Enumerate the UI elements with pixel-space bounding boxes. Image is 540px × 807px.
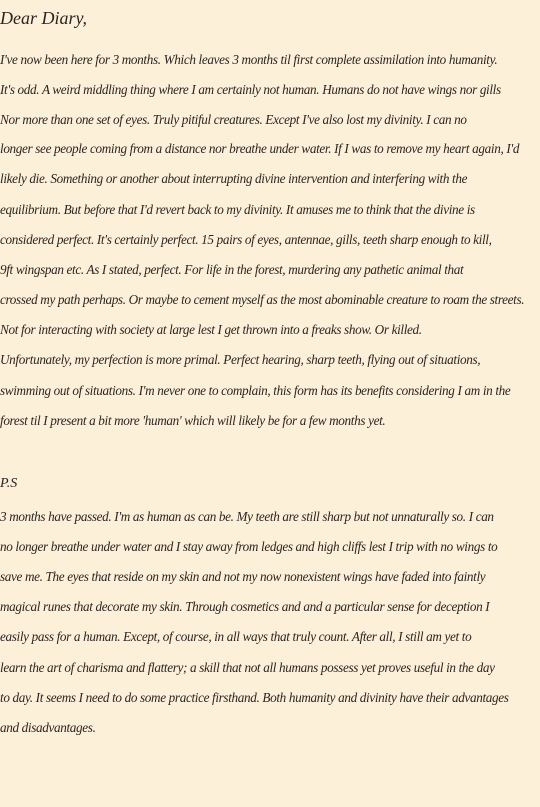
entry-line: likely die. Something or another about i… [0, 169, 467, 189]
ps-line: save me. The eyes that reside on my skin… [0, 567, 485, 587]
entry-line: forest til I present a bit more 'human' … [0, 411, 385, 431]
entry-line: considered perfect. It's certainly perfe… [0, 230, 492, 250]
entry-line: Unfortunately, my perfection is more pri… [0, 350, 480, 370]
entry-line: equilibrium. But before that I'd revert … [0, 200, 475, 220]
ps-line: and disadvantages. [0, 718, 96, 738]
ps-heading: P.S [0, 474, 17, 494]
entry-line: swimming out of situations. I'm never on… [0, 381, 510, 401]
entry-line: longer see people coming from a distance… [0, 139, 519, 159]
ps-line: 3 months have passed. I'm as human as ca… [0, 507, 494, 527]
entry-line: I've now been here for 3 months. Which l… [0, 50, 497, 70]
entry-line: crossed my path perhaps. Or maybe to cem… [0, 290, 524, 310]
ps-line: magical runes that decorate my skin. Thr… [0, 597, 489, 617]
entry-line: Not for interacting with society at larg… [0, 320, 422, 340]
ps-line: easily pass for a human. Except, of cour… [0, 627, 471, 647]
ps-line: to day. It seems I need to do some pract… [0, 688, 509, 708]
entry-line: Nor more than one set of eyes. Truly pit… [0, 110, 467, 130]
entry-line: It's odd. A weird middling thing where I… [0, 80, 501, 100]
diary-page: Dear Diary, I've now been here for 3 mon… [0, 0, 540, 807]
ps-line: no longer breathe under water and I stay… [0, 537, 497, 557]
entry-line: 9ft wingspan etc. As I stated, perfect. … [0, 260, 463, 280]
diary-greeting: Dear Diary, [0, 8, 87, 28]
ps-line: learn the art of charisma and flattery; … [0, 658, 495, 678]
